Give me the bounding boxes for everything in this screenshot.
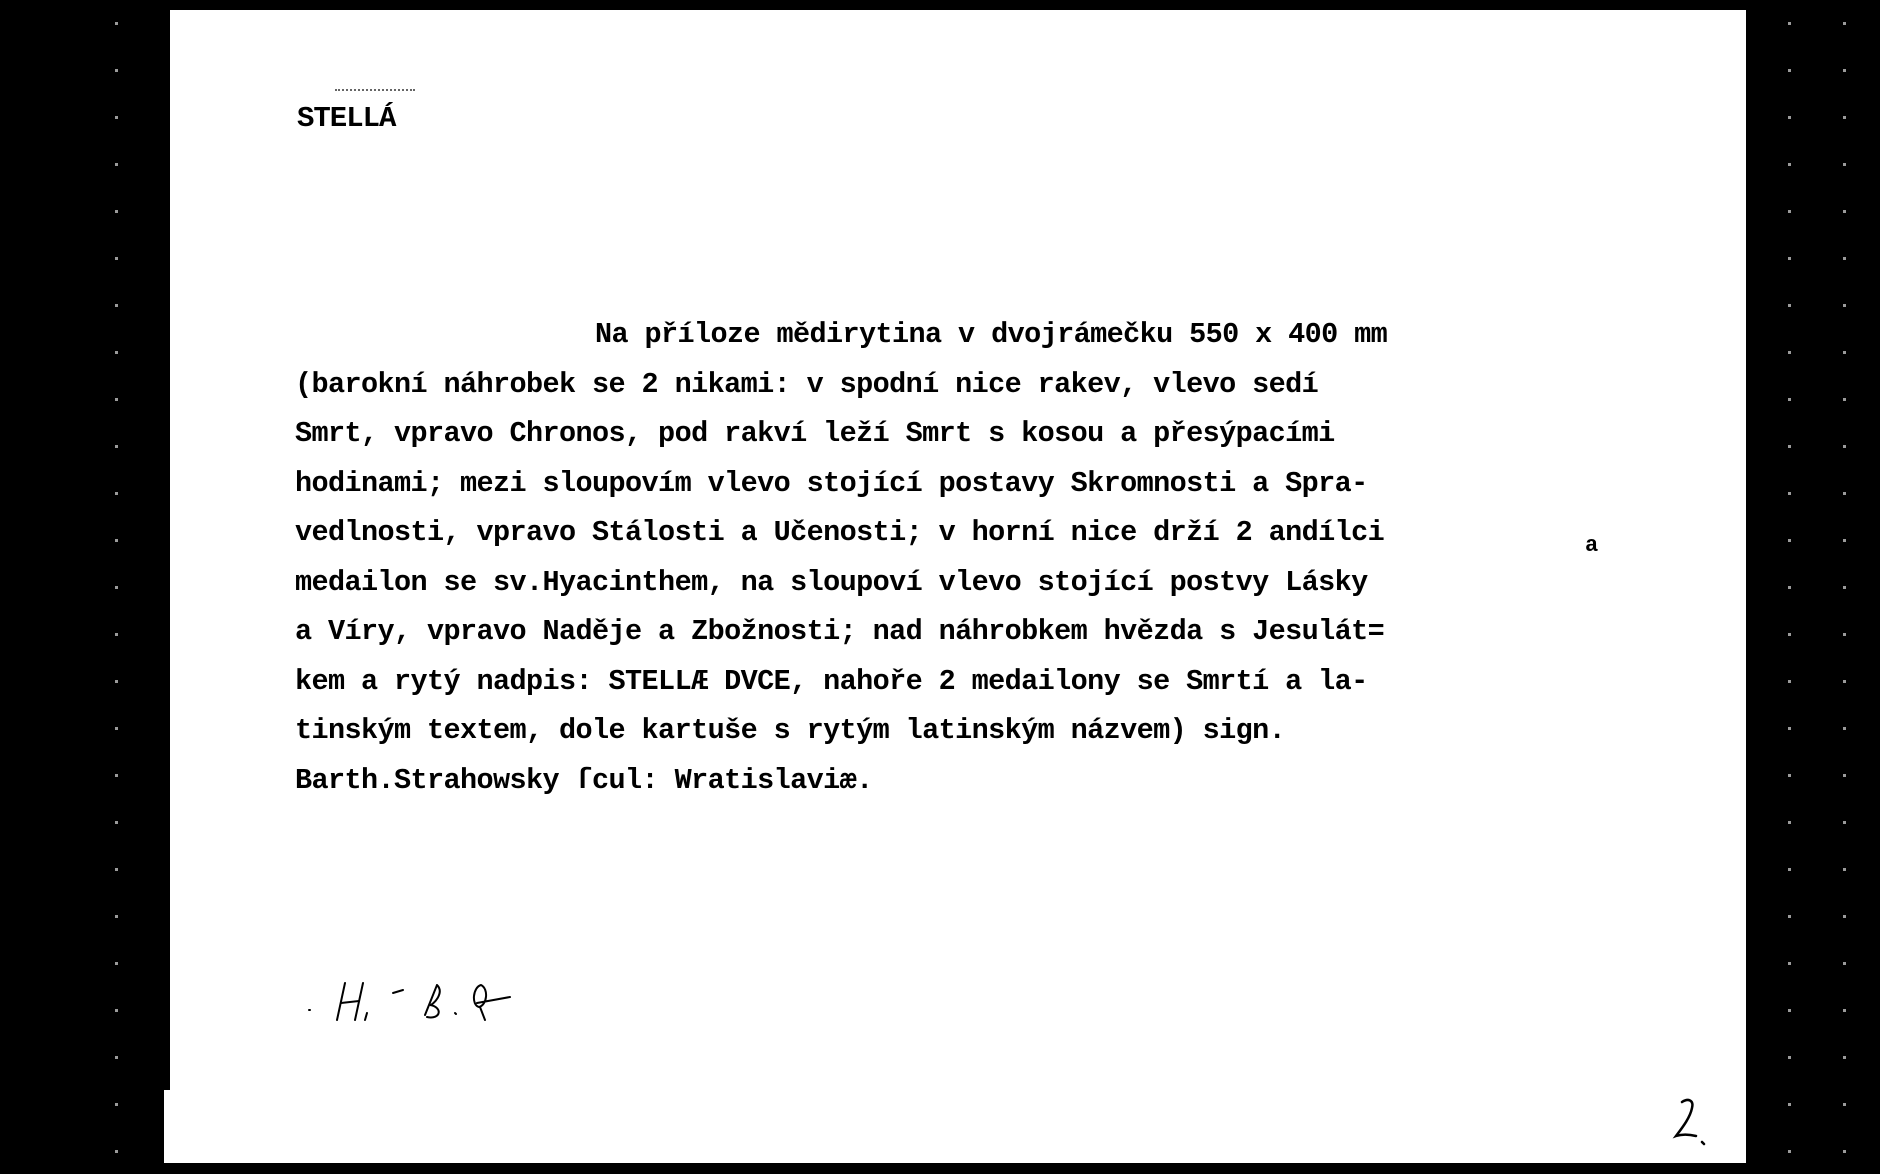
title-overline (335, 89, 415, 91)
scan-artifact-right-1 (1788, 0, 1791, 1174)
scan-artifact-right-2 (1843, 0, 1846, 1174)
text-line: vedlnosti, vpravo Stálosti a Učenosti; v… (295, 508, 1735, 558)
document-title: STELLÁ (297, 102, 395, 135)
text-line: kem a rytý nadpis: STELLÆ DVCE, nahoře 2… (295, 657, 1735, 707)
text-line: (barokní náhrobek se 2 nikami: v spodní … (295, 360, 1735, 410)
text-line: tinským textem, dole kartuše s rytým lat… (295, 706, 1735, 756)
description-text: Na příloze mědirytina v dvojrámečku 550 … (295, 310, 1735, 805)
handwritten-signature-note: H.-B.9- (305, 965, 525, 1025)
text-line: Barth.Strahowsky ſcul: Wratislaviæ. (295, 756, 1735, 806)
text-line: medailon se sv.Hyacinthem, na sloupoví v… (295, 558, 1735, 608)
text-line: Smrt, vpravo Chronos, pod rakví leží Smr… (295, 409, 1735, 459)
document-page: STELLÁ Na příloze mědirytina v dvojrámeč… (170, 10, 1746, 1163)
text-line: a Víry, vpravo Naděje a Zbožnosti; nad n… (295, 607, 1735, 657)
text-line: Na příloze mědirytina v dvojrámečku 550 … (295, 310, 1735, 360)
text-line: hodinami; mezi sloupovím vlevo stojící p… (295, 459, 1735, 509)
interlinear-correction: a (1585, 533, 1598, 558)
scan-artifact-left (115, 0, 118, 1174)
handwritten-page-number: 2. (1668, 1090, 1718, 1150)
